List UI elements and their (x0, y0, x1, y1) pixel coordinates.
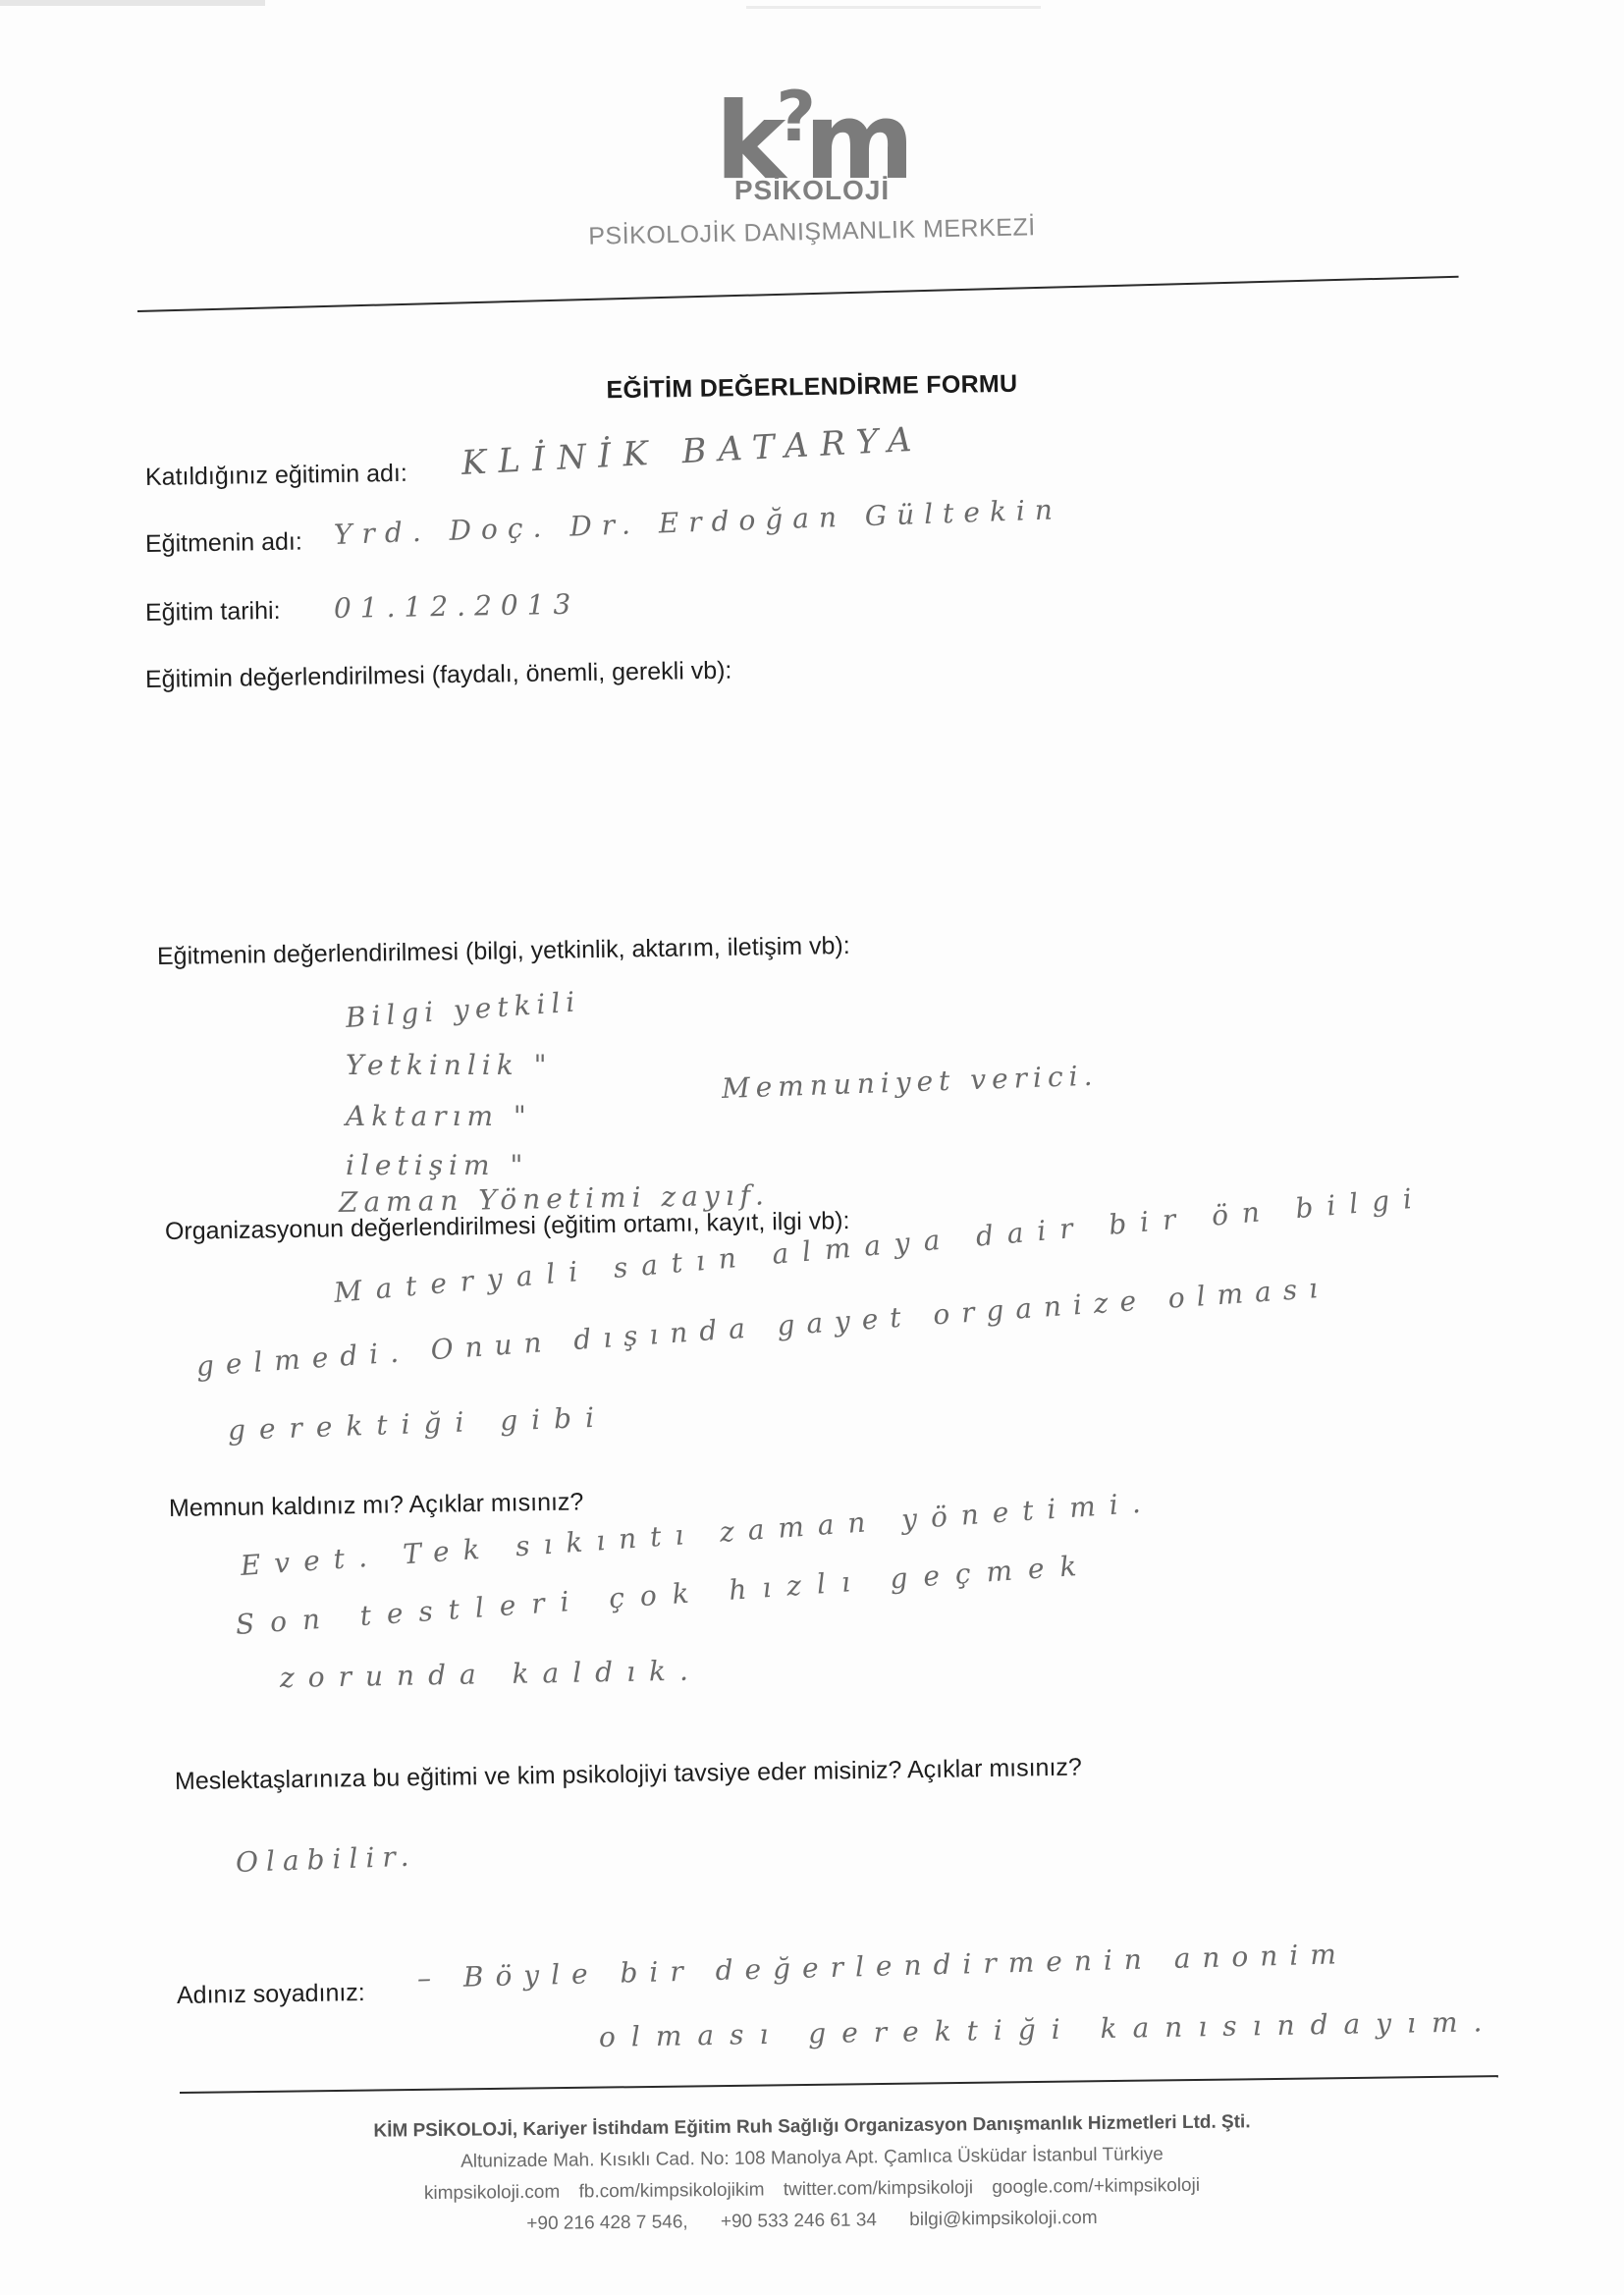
organization-evaluation-line[interactable]: gerektiği gibi (227, 1400, 608, 1446)
satisfaction-line[interactable]: zorunda kaldık. (280, 1654, 702, 1693)
footer-address: Altunizade Mah. Kısıklı Cad. No: 108 Man… (0, 2139, 1624, 2177)
logo-subtitle: PSİKOLOJİ (0, 175, 1624, 206)
full-name-label: Adınız soyadınız: (177, 1979, 365, 2010)
logo-tagline: PSİKOLOJİK DANIŞMANLIK MERKEZİ (0, 201, 1624, 264)
trainer-evaluation-side-note[interactable]: Memnuniyet verici. (721, 1060, 1099, 1105)
satisfaction-label: Memnun kaldınız mı? Açıklar mısınız? (169, 1488, 584, 1523)
scan-edge-artifact (746, 6, 1041, 9)
website-link[interactable]: kimpsikoloji.com (424, 2182, 561, 2204)
trainer-evaluation-line[interactable]: iletişim " (346, 1149, 528, 1181)
trainer-evaluation-line[interactable]: Bilgi yetkili (345, 985, 581, 1034)
training-date-value[interactable]: 01.12.2013 (334, 588, 580, 625)
phone-1[interactable]: +90 216 428 7 546, (526, 2212, 688, 2234)
form-title: EĞİTİM DEĞERLENDİRME FORMU (0, 360, 1624, 414)
full-name-line[interactable]: – Böyle bir değerlendirmenin anonim (417, 1938, 1349, 1994)
header-divider (137, 276, 1459, 312)
footer-divider (180, 2075, 1498, 2094)
trainer-name-value[interactable]: Yrd. Doç. Dr. Erdoğan Gültekin (333, 493, 1062, 551)
facebook-link[interactable]: fb.com/kimpsikolojikim (578, 2180, 764, 2203)
training-name-label: Katıldığınız eğitimin adı: (145, 460, 407, 492)
scan-edge-artifact (0, 0, 265, 6)
training-evaluation-label: Eğitimin değerlendirilmesi (faydalı, öne… (145, 657, 732, 694)
full-name-line[interactable]: olması gerektiği kanısındayım. (599, 2005, 1498, 2053)
twitter-link[interactable]: twitter.com/kimpsikoloji (784, 2177, 973, 2200)
logo-question-mark-icon: ? (776, 63, 810, 171)
training-date-label: Eğitim tarihi: (145, 597, 281, 628)
training-name-value[interactable]: KLİNİK BATARYA (460, 419, 924, 483)
email-link[interactable]: bilgi@kimpsikoloji.com (909, 2208, 1098, 2230)
footer-company: KİM PSİKOLOJİ, Kariyer İstihdam Eğitim R… (0, 2107, 1624, 2146)
footer-web-links: kimpsikoloji.com fb.com/kimpsikolojikim … (0, 2170, 1624, 2209)
phone-2[interactable]: +90 533 246 61 34 (721, 2210, 877, 2232)
google-plus-link[interactable]: google.com/+kimpsikoloji (992, 2175, 1200, 2198)
footer-contact: +90 216 428 7 546, +90 533 246 61 34 bil… (0, 2202, 1624, 2240)
trainer-evaluation-line[interactable]: Yetkinlik " (346, 1049, 552, 1081)
recommendation-value[interactable]: Olabilir. (235, 1840, 417, 1879)
trainer-evaluation-line[interactable]: Aktarım " (346, 1100, 532, 1132)
trainer-name-label: Eğitmenin adı: (145, 527, 302, 559)
trainer-evaluation-label: Eğitmenin değerlendirilmesi (bilgi, yetk… (157, 932, 850, 971)
recommendation-label: Meslektaşlarınıza bu eğitimi ve kim psik… (175, 1753, 1082, 1796)
scanned-form-page: k?m PSİKOLOJİ PSİKOLOJİK DANIŞMANLIK MER… (0, 0, 1624, 2295)
